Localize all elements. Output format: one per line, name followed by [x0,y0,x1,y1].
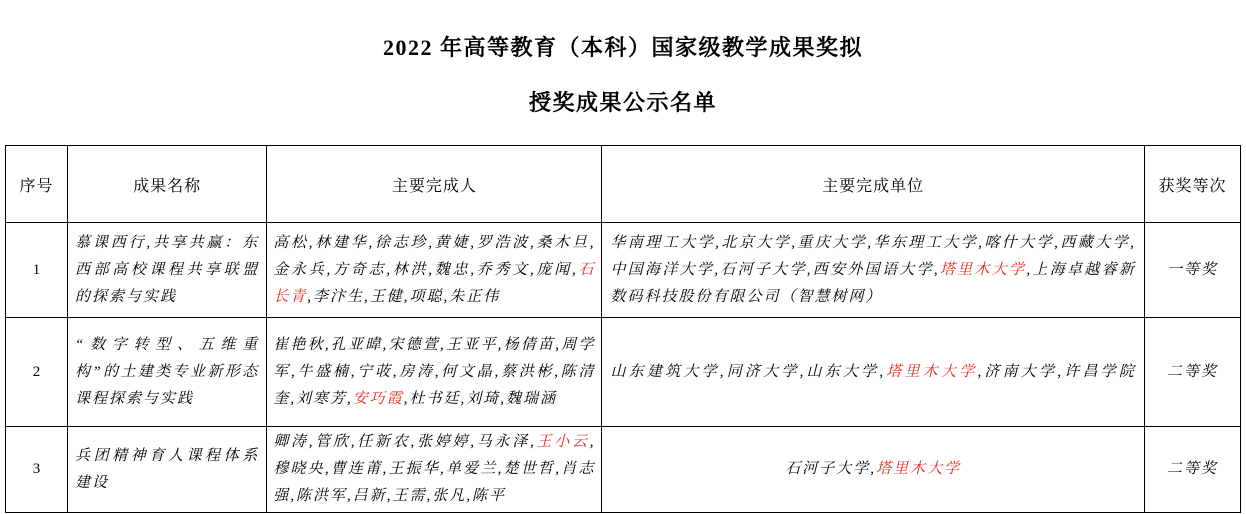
red-highlighted-text: 塔里木大学 [885,364,977,380]
achievement-name-cell: “数字转型、五维重构”的土建类专业新形态课程探索与实践 [68,318,267,427]
plain-text: ,杜书廷,刘琦,魏瑞涵 [404,391,557,407]
plain-text: 卿涛,管欣,任新农,张婷婷,马永泽, [273,434,536,450]
award-level-cell: 一等奖 [1144,223,1240,318]
award-level-cell: 二等奖 [1144,318,1240,427]
table-row-1: 1 慕课西行,共享共赢：东西部高校课程共享联盟的探索与实践 高松,林建华,徐志珍… [6,223,1241,318]
red-highlighted-text: 塔里木大学 [876,461,961,477]
red-highlighted-text: 塔里木大学 [940,262,1027,278]
plain-text: ,济南大学,许昌学院 [977,364,1135,380]
header-serial-number: 序号 [6,146,68,223]
units-cell: 华南理工大学,北京大学,重庆大学,华东理工大学,喀什大学,西藏大学,中国海洋大学… [602,223,1144,318]
contributors-cell: 崔艳秋,孔亚暐,宋德萱,王亚平,杨倩苗,周学军,牛盛楠,宁荍,房涛,何文晶,蔡洪… [267,318,602,427]
serial-number-cell: 1 [6,223,68,318]
achievement-name-cell: 慕课西行,共享共赢：东西部高校课程共享联盟的探索与实践 [68,223,267,318]
contributors-cell: 卿涛,管欣,任新农,张婷婷,马永泽,王小云,穆晓央,曹连莆,王振华,单爱兰,楚世… [267,427,602,513]
table-row-3: 3 兵团精神育人课程体系建设 卿涛,管欣,任新农,张婷婷,马永泽,王小云,穆晓央… [6,427,1241,513]
plain-text: ,李汴生,王健,项聪,朱正伟 [307,289,500,305]
serial-number-cell: 2 [6,318,68,427]
page-title: 2022 年高等教育（本科）国家级教学成果奖拟 授奖成果公示名单 [0,0,1246,115]
header-achievement-name: 成果名称 [68,146,267,223]
contributors-cell: 高松,林建华,徐志珍,黄婕,罗浩波,桑木旦,金永兵,方奇志,林洪,魏忠,乔秀文,… [267,223,602,318]
plain-text: 山东建筑大学,同济大学,山东大学, [610,364,885,380]
red-highlighted-text: 王小云 [536,434,590,450]
plain-text: 石河子大学, [785,461,876,477]
header-main-units: 主要完成单位 [602,146,1144,223]
document-page: 2022 年高等教育（本科）国家级教学成果奖拟 授奖成果公示名单 序号 成果名称… [0,0,1246,115]
table-header-row: 序号 成果名称 主要完成人 主要完成单位 获奖等次 [6,146,1241,223]
units-cell: 山东建筑大学,同济大学,山东大学,塔里木大学,济南大学,许昌学院 [602,318,1144,427]
plain-text: 高松,林建华,徐志珍,黄婕,罗浩波,桑木旦,金永兵,方奇志,林洪,魏忠,乔秀文,… [273,235,595,278]
title-line-2: 授奖成果公示名单 [0,91,1246,115]
awards-table: 序号 成果名称 主要完成人 主要完成单位 获奖等次 1 慕课西行,共享共赢：东西… [5,145,1241,513]
header-main-contributors: 主要完成人 [267,146,602,223]
table-row-2: 2 “数字转型、五维重构”的土建类专业新形态课程探索与实践 崔艳秋,孔亚暐,宋德… [6,318,1241,427]
units-cell: 石河子大学,塔里木大学 [602,427,1144,513]
award-level-cell: 二等奖 [1144,427,1240,513]
serial-number-cell: 3 [6,427,68,513]
header-award-level: 获奖等次 [1144,146,1240,223]
red-highlighted-text: 安巧霞 [353,391,404,407]
achievement-name-cell: 兵团精神育人课程体系建设 [68,427,267,513]
title-line-1: 2022 年高等教育（本科）国家级教学成果奖拟 [0,36,1246,60]
